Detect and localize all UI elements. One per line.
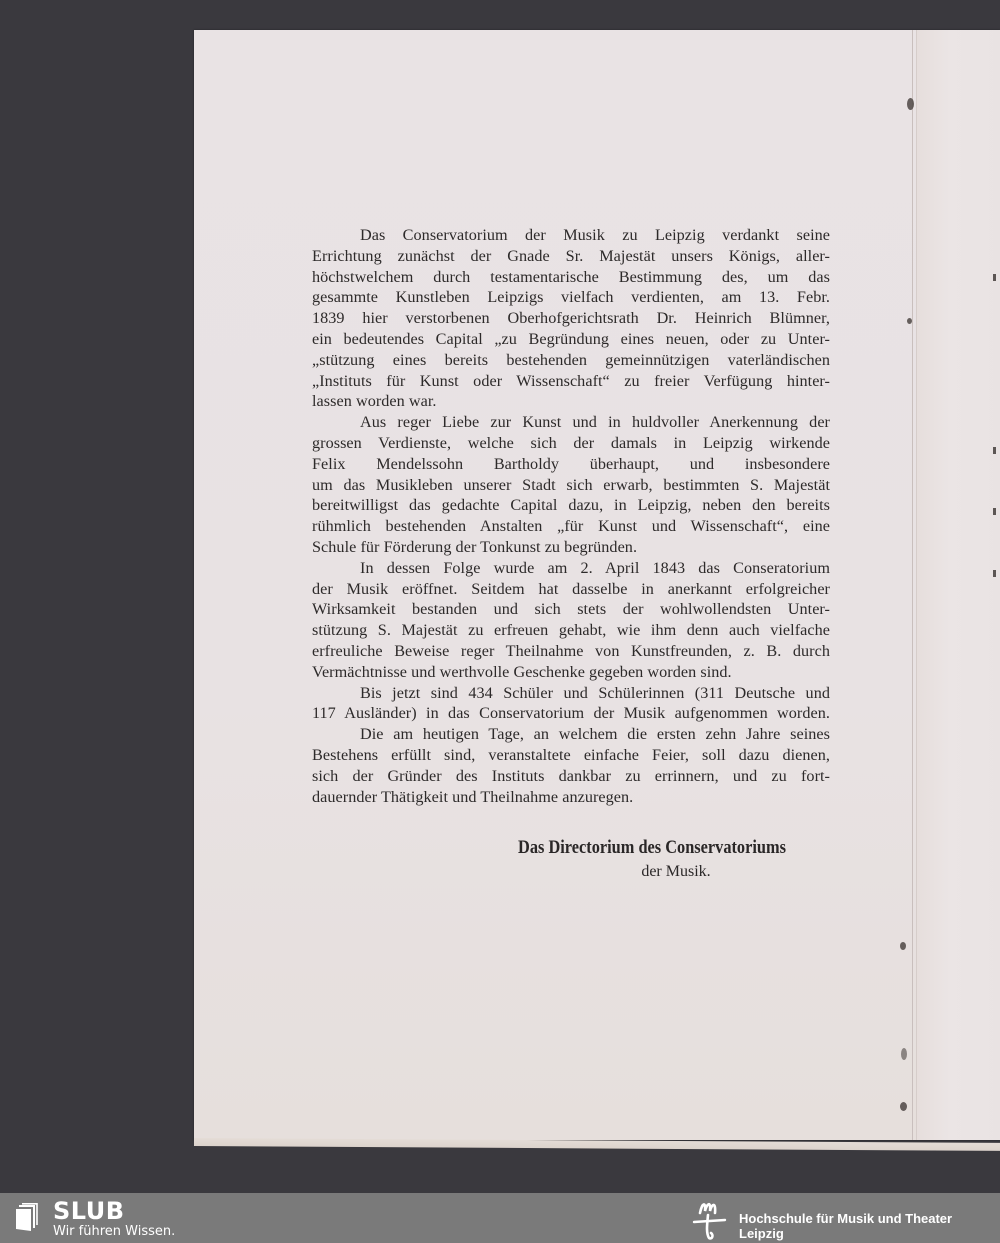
text-line: Errichtung zunächst der Gnade Sr. Majest…: [264, 246, 830, 267]
edge-mark: [993, 570, 996, 577]
text-line: bereitwilligst das gedachte Capital dazu…: [264, 495, 830, 516]
text-line: ein bedeutendes Capital „zu Begründung e…: [264, 329, 830, 350]
text-line: grossen Verdienste, welche sich der dama…: [264, 433, 830, 454]
text-line: stützung S. Majestät zu erfreuen gehabt,…: [264, 620, 830, 641]
text-line: rühmlich bestehenden Anstalten „für Kuns…: [264, 516, 830, 537]
edge-mark: [993, 508, 996, 515]
text-line: Felix Mendelssohn Bartholdy überhaupt, u…: [264, 454, 830, 475]
page-edge-line-inner: [916, 30, 917, 1140]
text-line: sich der Gründer des Instituts dankbar z…: [264, 766, 830, 787]
edge-mark: [993, 274, 996, 281]
paper-blemish: [907, 98, 914, 110]
slub-tagline: Wir führen Wissen.: [53, 1224, 175, 1239]
text-line: dauernder Thätigkeit und Theilnahme anzu…: [264, 787, 830, 808]
signature-block: Das Directorium des Conservatoriums der …: [492, 835, 812, 883]
document-body: Das Conservatorium der Musik zu Leipzig …: [312, 225, 830, 807]
text-line: höchstwelchem durch testamentarische Bes…: [264, 267, 830, 288]
text-line: „stützung eines bereits bestehenden geme…: [264, 350, 830, 371]
text-line: Das Conservatorium der Musik zu Leipzig …: [312, 225, 830, 246]
paragraph-2: Aus reger Liebe zur Kunst und in huldvol…: [312, 412, 830, 558]
paragraph-3: In dessen Folge wurde am 2. April 1843 d…: [312, 558, 830, 683]
text-line: lassen worden war.: [264, 391, 830, 412]
paragraph-4: Bis jetzt sind 434 Schüler und Schülerin…: [312, 683, 830, 725]
paper-blemish: [901, 1048, 907, 1060]
edge-mark: [993, 447, 996, 454]
text-line: Bestehens erfüllt sind, veranstaltete ei…: [264, 745, 830, 766]
footer-bar: SLUB Wir führen Wissen. Hochschule für M…: [0, 1193, 1000, 1243]
page-edge-line: [912, 30, 913, 1140]
text-line: um das Musikleben unserer Stadt sich erw…: [264, 475, 830, 496]
text-line: gesammte Kunstleben Leipzigs vielfach ve…: [264, 287, 830, 308]
signature-sub: der Musik.: [540, 861, 812, 883]
paragraph-1: Das Conservatorium der Musik zu Leipzig …: [312, 225, 830, 412]
hmt-name-link[interactable]: Hochschule für Musik und Theater Leipzig: [739, 1211, 1000, 1241]
paper-blemish: [907, 318, 912, 324]
mt-monogram-icon[interactable]: [692, 1197, 728, 1241]
text-line: Schule für Förderung der Tonkunst zu beg…: [264, 537, 830, 558]
adjacent-page-edge: [917, 30, 1000, 1140]
text-line: Vermächtnisse und werthvolle Geschenke g…: [264, 662, 830, 683]
text-line: 117 Ausländer) in das Conservatorium der…: [264, 703, 830, 724]
text-line: Die am heutigen Tage, an welchem die ers…: [312, 724, 830, 745]
text-line: In dessen Folge wurde am 2. April 1843 d…: [312, 558, 830, 579]
text-line: Aus reger Liebe zur Kunst und in huldvol…: [312, 412, 830, 433]
scanned-page: Das Conservatorium der Musik zu Leipzig …: [194, 30, 1000, 1140]
text-line: Wirksamkeit bestanden und sich stets der…: [264, 599, 830, 620]
text-line: der Musik eröffnet. Seitdem hat dasselbe…: [264, 579, 830, 600]
text-line: erfreuliche Beweise reger Theilnahme von…: [264, 641, 830, 662]
paper-blemish: [900, 942, 906, 950]
slub-logo-text[interactable]: SLUB: [53, 1197, 125, 1225]
text-line: Bis jetzt sind 434 Schüler und Schülerin…: [312, 683, 830, 704]
text-line: „Instituts für Kunst oder Wissenschaft“ …: [264, 371, 830, 392]
book-pages-icon[interactable]: [13, 1203, 41, 1233]
signature-main: Das Directorium des Conservatoriums: [514, 835, 789, 861]
document-viewer: Das Conservatorium der Musik zu Leipzig …: [0, 0, 1000, 1193]
paragraph-5: Die am heutigen Tage, an welchem die ers…: [312, 724, 830, 807]
text-line: 1839 hier verstorbenen Oberhofgerichtsra…: [264, 308, 830, 329]
paper-blemish: [900, 1102, 907, 1111]
